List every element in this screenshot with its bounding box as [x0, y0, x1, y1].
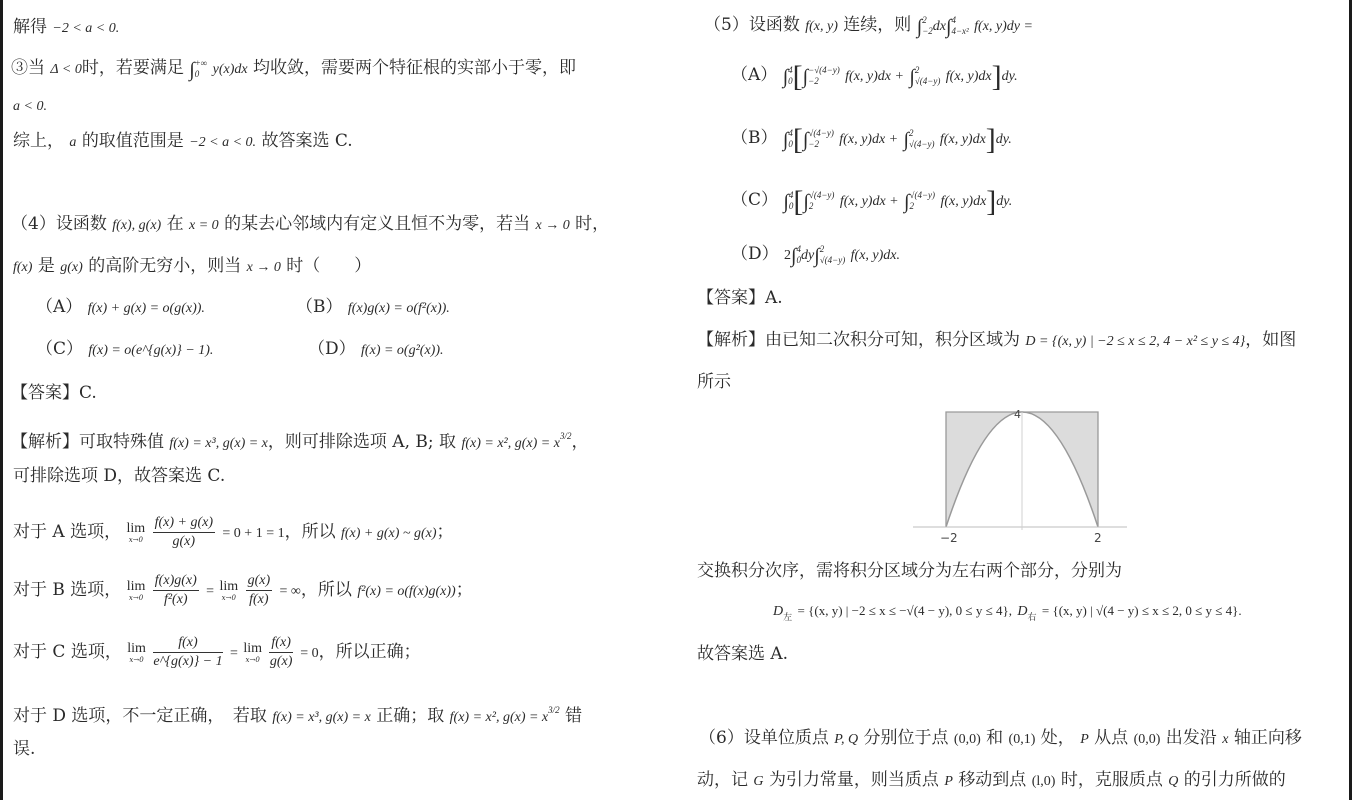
q4-option-c: （C） f(x) = o(e^{g(x)} − 1).	[36, 338, 213, 362]
right-bracket: ]	[986, 123, 996, 156]
peak-label: 4	[1014, 408, 1021, 421]
q4-analysis-line2: 可排除选项 D，故答案选 C.	[13, 465, 225, 487]
q5-analysis-line2: 所示	[697, 371, 731, 393]
q4-stem-line2: f(x) 是 g(x) 的高阶无穷小，则当 x → 0 时（ ）	[13, 255, 371, 279]
check-option-b: 对于 B 选项， limx→0 f(x)g(x)f²(x) = limx→0 g…	[13, 570, 473, 610]
q5-option-a: （A） ∫40[∫−√(4−y)−2 f(x, y)dx + ∫2√(4−y) …	[731, 64, 1018, 88]
check-option-d-line2: 误.	[13, 738, 35, 760]
q5-option-c: （C） ∫40[∫√(4−y)2 f(x, y)dx + ∫√(4−y)2 f(…	[731, 189, 1012, 213]
q5-option-b: （B） ∫40[∫√(4−y)−2 f(x, y)dx + ∫2√(4−y) f…	[731, 127, 1012, 151]
swap-order-line: 交换积分次序，需将积分区域分为左右两个部分，分别为	[697, 560, 1122, 582]
subregions-line: D左 = {(x, y) | −2 ≤ x ≤ −√(4 − y), 0 ≤ y…	[773, 599, 1242, 629]
q4-option-b: （B） f(x)g(x) = o(f²(x)).	[296, 296, 450, 320]
left-bracket: [	[793, 185, 803, 218]
q6-stem-line2: 动，记 G 为引力常量，则当质点 P 移动到点 (l,0) 时，克服质点 Q 的…	[697, 769, 1286, 793]
solution-range-line: 解得 −2 < a < 0.	[13, 16, 119, 40]
right-bracket: ]	[986, 185, 996, 218]
q5-answer: 【答案】A.	[697, 287, 783, 309]
x-tick-left: −2	[940, 531, 958, 545]
q4-option-a: （A） f(x) + g(x) = o(g(x)).	[36, 296, 205, 320]
check-option-d-line1: 对于 D 选项，不一定正确， 若取 f(x) = x³, g(x) = x 正确…	[13, 699, 582, 729]
q5-stem: （5）设函数 f(x, y) 连续，则 ∫2−2dx∫44−x² f(x, y)…	[704, 14, 1033, 38]
parabola-region-plot: 4 −2 2	[905, 400, 1135, 550]
integration-region-figure: 4 −2 2	[905, 400, 1135, 550]
q6-stem-line1: （6）设单位质点 P, Q 分别位于点 (0,0) 和 (0,1) 处， P 从…	[699, 727, 1302, 751]
right-bracket: ]	[992, 60, 1002, 93]
q5-conclusion: 故答案选 A.	[697, 643, 788, 665]
q4-analysis-line1: 【解析】可取特殊值 f(x) = x³, g(x) = x，则可排除选项 A, …	[11, 425, 588, 455]
a-negative-line: a < 0.	[13, 94, 47, 118]
q4-stem-line1: （4）设函数 f(x), g(x) 在 x = 0 的某去心邻域内有定义且恒不为…	[11, 213, 609, 237]
summary-line: 综上， a 的取值范围是 −2 < a < 0. 故答案选 C.	[13, 130, 353, 154]
left-bracket: [	[793, 123, 803, 156]
page-border-left	[0, 0, 3, 800]
left-bracket: [	[793, 60, 803, 93]
q5-analysis-line1: 【解析】由已知二次积分可知，积分区域为 D = {(x, y) | −2 ≤ x…	[697, 329, 1296, 353]
check-option-a: 对于 A 选项， limx→0 f(x) + g(x)g(x) = 0 + 1 …	[13, 512, 454, 552]
x-tick-right: 2	[1094, 531, 1102, 545]
q4-option-d: （D） f(x) = o(g²(x)).	[308, 338, 443, 362]
q5-option-d: （D） 2∫40dy∫2√(4−y) f(x, y)dx.	[731, 243, 900, 267]
circle-3-marker: ③	[11, 58, 28, 78]
check-option-c: 对于 C 选项， limx→0 f(x)e^{g(x)} − 1 = limx→…	[13, 632, 421, 672]
q4-answer: 【答案】C.	[11, 382, 97, 404]
case3-line: ③当 Δ < 0时，若要满足 ∫+∞0 y(x)dx 均收敛，需要两个特征根的实…	[11, 57, 576, 81]
